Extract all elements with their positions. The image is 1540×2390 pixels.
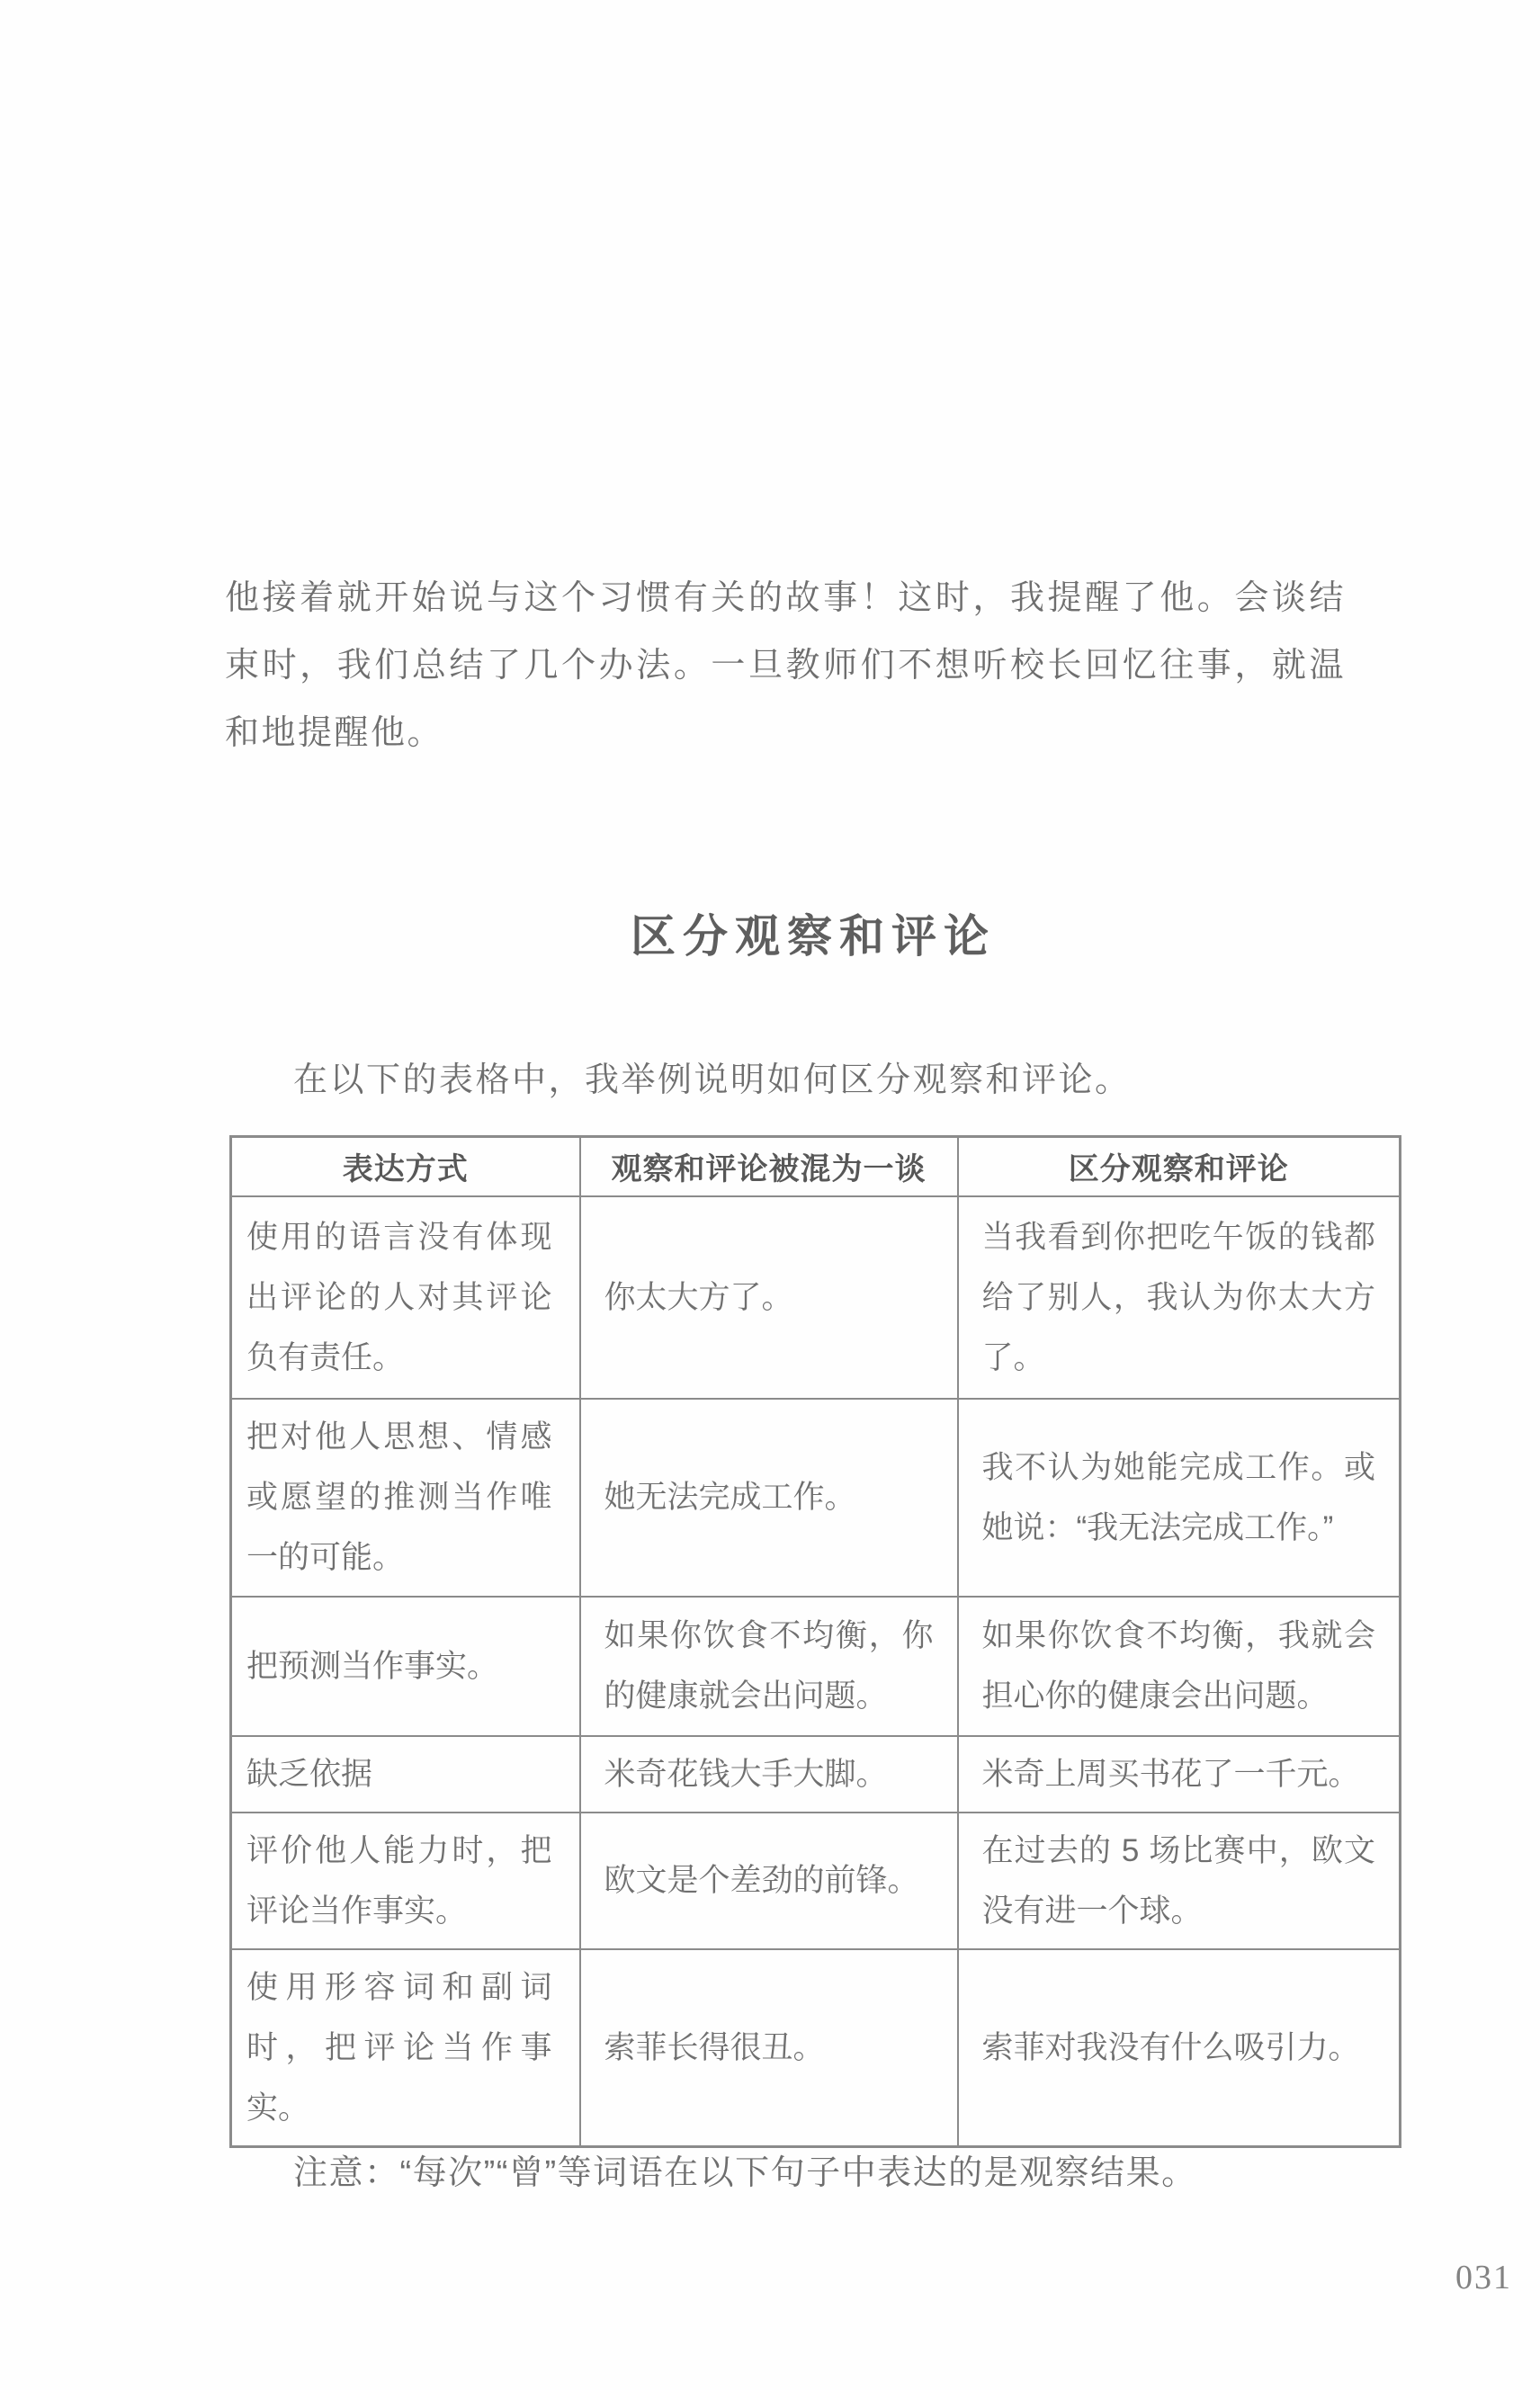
table-cell: 当我看到你把吃午饭的钱都给了别人，我认为你太大方了。 (958, 1196, 1401, 1399)
page-number: 031 (1455, 2258, 1512, 2297)
table-cell: 评价他人能力时，把评论当作事实。 (231, 1813, 580, 1949)
table-cell: 如果你饮食不均衡，我就会担心你的健康会出问题。 (958, 1597, 1401, 1736)
table-cell: 索菲长得很丑。 (580, 1949, 958, 2147)
table-row: 缺乏依据 米奇花钱大手大脚。 米奇上周买书花了一千元。 (231, 1736, 1401, 1813)
table-cell: 欧文是个差劲的前锋。 (580, 1813, 958, 1949)
table-row: 把对他人思想、情感或愿望的推测当作唯一的可能。 她无法完成工作。 我不认为她能完… (231, 1399, 1401, 1597)
table-cell: 米奇上周买书花了一千元。 (958, 1736, 1401, 1813)
table-cell: 索菲对我没有什么吸引力。 (958, 1949, 1401, 2147)
table-cell: 把对他人思想、情感或愿望的推测当作唯一的可能。 (231, 1399, 580, 1597)
table-row: 使用形容词和副词时，把评论当作事实。 索菲长得很丑。 索菲对我没有什么吸引力。 (231, 1949, 1401, 2147)
table-cell: 你太大方了。 (580, 1196, 958, 1399)
observation-table: 表达方式 观察和评论被混为一谈 区分观察和评论 使用的语言没有体现出评论的人对其… (229, 1135, 1401, 2148)
table-header-cell: 观察和评论被混为一谈 (580, 1137, 958, 1196)
table-cell: 使用的语言没有体现出评论的人对其评论负有责任。 (231, 1196, 580, 1399)
table-header-cell: 区分观察和评论 (958, 1137, 1401, 1196)
intro-paragraph: 在以下的表格中，我举例说明如何区分观察和评论。 (225, 1058, 1394, 1103)
table-header-cell: 表达方式 (231, 1137, 580, 1196)
note-paragraph: 注意：“每次”“曾”等词语在以下句子中表达的是观察结果。 (225, 2150, 1448, 2197)
table-cell: 如果你饮食不均衡，你的健康就会出问题。 (580, 1597, 958, 1736)
table-row: 评价他人能力时，把评论当作事实。 欧文是个差劲的前锋。 在过去的 5 场比赛中，… (231, 1813, 1401, 1949)
section-heading: 区分观察和评论 (225, 909, 1394, 963)
book-page: 他接着就开始说与这个习惯有关的故事！这时，我提醒了他。会谈结束时，我们总结了几个… (0, 0, 1540, 2390)
table-cell: 她无法完成工作。 (580, 1399, 958, 1597)
table-cell: 使用形容词和副词时，把评论当作事实。 (231, 1949, 580, 2147)
table-cell: 在过去的 5 场比赛中，欧文没有进一个球。 (958, 1813, 1401, 1949)
table-cell: 我不认为她能完成工作。或她说：“我无法完成工作。” (958, 1399, 1401, 1597)
table-cell: 把预测当作事实。 (231, 1597, 580, 1736)
table-row: 使用的语言没有体现出评论的人对其评论负有责任。 你太大方了。 当我看到你把吃午饭… (231, 1196, 1401, 1399)
table-row: 把预测当作事实。 如果你饮食不均衡，你的健康就会出问题。 如果你饮食不均衡，我就… (231, 1597, 1401, 1736)
table-cell: 米奇花钱大手大脚。 (580, 1736, 958, 1813)
table-cell: 缺乏依据 (231, 1736, 580, 1813)
table-header-row: 表达方式 观察和评论被混为一谈 区分观察和评论 (231, 1137, 1401, 1196)
body-paragraph: 他接着就开始说与这个习惯有关的故事！这时，我提醒了他。会谈结束时，我们总结了几个… (225, 565, 1346, 767)
